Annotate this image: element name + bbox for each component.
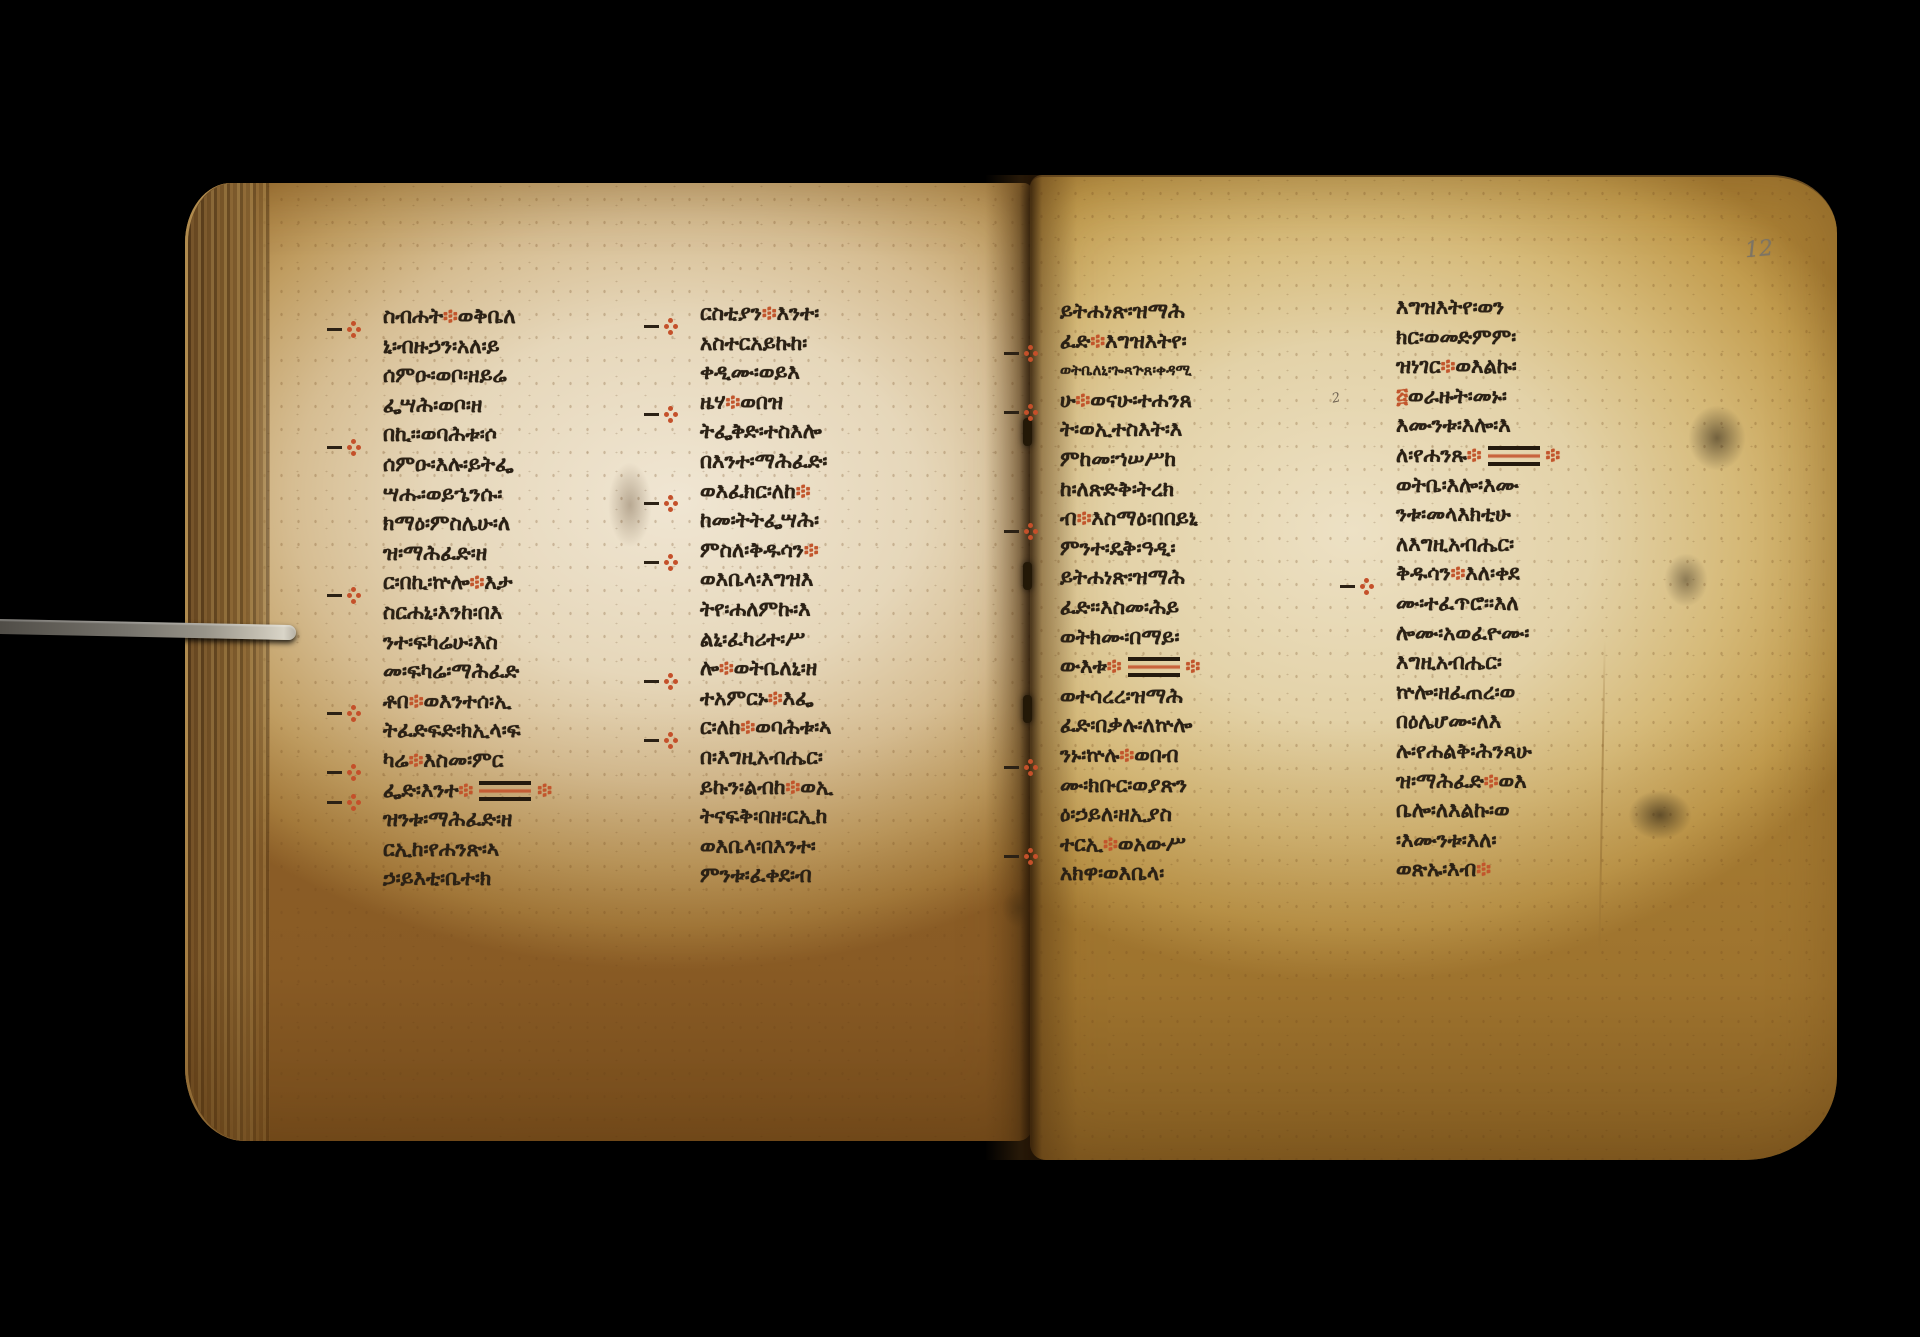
ink-text: ወአውሥ — [1118, 832, 1186, 856]
ink-text: ከመ፡ትትፌሣሕ፡ — [700, 508, 819, 532]
verse-margin-mark — [1004, 398, 1052, 408]
ink-text: ምስለ፡ቅዱሳን — [700, 538, 804, 562]
verse-margin-mark — [1340, 571, 1388, 581]
rubric-text: ፨ — [796, 479, 811, 503]
verse-margin-mark — [327, 314, 375, 324]
text-line: ሰምዑ፡እሉ፡ይትፌ — [383, 450, 685, 480]
text-line: ተአምርኑ፨እፌ — [700, 684, 1002, 714]
text-line: ሉ፡የሐልቅ፡ሕንጻሁ — [1396, 737, 1688, 767]
ink-text: ወተሳረረ፡ዝማሕ — [1060, 684, 1183, 708]
text-line: ወተሳረረ፡ዝማሕ — [1060, 682, 1362, 712]
text-line: ይትሐነጽ፡ዝማሕ — [1060, 297, 1362, 327]
ink-text: ሙ፡ክቡር፡ወያጽን — [1060, 773, 1187, 797]
ink-text: መ፡ፍካሬ፡ማሕፈድ — [383, 659, 519, 683]
verse-margin-mark — [644, 666, 692, 676]
text-line: ዝ፡ማሕፈድ፨ወእ — [1396, 767, 1688, 797]
text-line: ምንተ፡ዴቅ፡ዓዲ፡ — [1060, 534, 1362, 564]
text-line: ሎ፨ወትቤለኒ፡ዘ — [700, 654, 1002, 684]
ink-text: ወትቤለኒ፡ጐጻጕጸ፡ቀዳሚ — [1060, 361, 1191, 379]
ink-text: እለ፡ቀደ — [1465, 561, 1519, 585]
ink-text: እግዚአብሔር፡ — [1396, 650, 1502, 674]
text-line: ውእቱ፨፨ — [1060, 652, 1362, 682]
ink-text: በዕሌሆሙ፡ለእ — [1396, 709, 1501, 733]
ink-text: ምከመ፡ኀሠሥከ — [1060, 447, 1176, 471]
ink-text: ትፈድፍድ፡ክኢላ፡ፍ — [383, 718, 521, 742]
text-line: ክማዕ፡ምስሌሁ፡ለ — [383, 509, 685, 539]
text-line: ከ፡ለጽድቅ፡ትረክ — [1060, 475, 1362, 505]
text-line: ፈድ፨እግዝእትየ፡ — [1060, 327, 1362, 357]
rubric-text: ፨ — [1090, 329, 1105, 353]
ink-text: ዝ፡ማሕፈድ — [1396, 769, 1484, 793]
text-line: እግዚአብሔር፡ — [1396, 648, 1688, 678]
rubric-text: ፨ — [459, 778, 474, 802]
ink-text: ወእፈክር፡ለከ — [700, 479, 796, 503]
ink-text: ፈድ፡፡እስመ፡ሕይ — [1060, 595, 1179, 619]
text-line: ለ፡የሐንጹ፨፨ — [1396, 441, 1688, 471]
rubric-text: ፨ — [1103, 832, 1118, 856]
rubric-text: ፨ — [1077, 506, 1092, 530]
text-line: ወትቤለኒ፡ጐጻጕጸ፡ቀዳሚ — [1060, 356, 1362, 386]
rubric-text: ፨ — [1476, 857, 1491, 881]
ink-text: ወቅቤለ — [458, 304, 516, 328]
text-line: በዕሌሆሙ፡ለእ — [1396, 707, 1688, 737]
ink-text: ልኒ፡ፈካሪተ፡ሥ — [700, 627, 805, 651]
verse-margin-mark — [644, 725, 692, 735]
verse-margin-mark — [1004, 753, 1052, 763]
verse-margin-mark — [1004, 339, 1052, 349]
ink-text: ወእ — [1499, 769, 1527, 793]
text-line: ቅዱሳን፨እለ፡ቀደ — [1396, 559, 1688, 589]
ink-text: ወበዝ — [740, 390, 783, 414]
text-line: ልኒ፡ፈካሪተ፡ሥ — [700, 625, 1002, 655]
rubric-text: ፨ — [1107, 654, 1122, 678]
ink-text: ለእግዚአብሔር፡ — [1396, 532, 1514, 556]
text-line: ፡እሙንቱ፡እለ፡ — [1396, 826, 1688, 856]
ink-text: ወትቤ፡እሎ፡እሙ — [1396, 473, 1519, 497]
ink-text: ካሬ — [383, 748, 409, 772]
ink-text: ወባሕቱ፡ኣ — [755, 715, 831, 739]
verse-margin-mark — [644, 489, 692, 499]
text-line: ዝንቱ፡ማሕፈድ፡ዘ — [383, 805, 685, 835]
rubric-text: ፨ — [1484, 769, 1499, 793]
text-line: ምስለ፡ቅዱሳን፨ — [700, 536, 1002, 566]
rubric-text: ፭ — [1396, 384, 1408, 408]
verse-margin-mark — [644, 548, 692, 558]
text-line: ሙ፡ተፈጥሮ፡፡እለ — [1396, 589, 1688, 619]
ink-text: እግዝእትየ፡ — [1105, 329, 1187, 353]
ink-text: እሙንቱ፡እሎ፡እ — [1396, 413, 1511, 437]
ink-text: ሰምዑ፡እሉ፡ይትፌ — [383, 452, 513, 476]
verse-margin-mark — [327, 580, 375, 590]
ink-text: ኃ፡ይእቲ፡ቤተ፡ክ — [383, 866, 491, 890]
ink-text: ፈድ፡በቃሉ፡ለኵሎ — [1060, 713, 1192, 737]
text-line: ምንቱ፡ፈቀደ፡ብ — [700, 861, 1002, 891]
ink-text: ወበብ — [1134, 743, 1178, 767]
ink-text: በኪ፡፡ወባሕቱ፡ሶ — [383, 422, 497, 446]
ink-text: ስርሐኒ፡እንከ፡በእ — [383, 600, 502, 624]
text-line: ወትክሙ፡በማይ፡ — [1060, 623, 1362, 653]
ink-text: ፌሣሕ፡ወቦ፡ዘ — [383, 393, 482, 417]
ink-text: ሣሑ፡ወይኄንሱ፡ — [383, 482, 502, 506]
text-line: ወትቤ፡እሎ፡እሙ — [1396, 471, 1688, 501]
photograph: ስብሐት፨ወቅቤለኒ፡ብዙኃን፡አለ፡ይሰምዑ፡ወቦ፡ዘይሬፌሣሕ፡ወቦ፡ዘበኪ… — [0, 0, 1920, 1337]
ink-text: ሎ — [700, 656, 719, 680]
ink-text: ዝ፡ማሕፈድ፡ዘ — [383, 541, 487, 565]
text-line: በ፡እግዚአብሔር፡ — [700, 743, 1002, 773]
text-column-left-2: ርስቲያን፨እንተ፡አስተርአይኩከ፡ቀዲሙ፡ወይእዜሃ፨ወበዝትፌቅድ፡ተስእ… — [700, 299, 1002, 891]
text-line: ር፡በኪ፡ኵሎ፨እታ — [383, 568, 685, 598]
text-line: ወእቤላ፡በእንተ፡ — [700, 832, 1002, 862]
text-line: ዝ፡ማሕፈድ፡ዘ — [383, 539, 685, 569]
text-line: ብ፨እስማዕ፡በበይኒ — [1060, 504, 1362, 534]
ink-text: ይኩን፡ልብከ — [700, 775, 786, 799]
ink-text: እስማዕ፡በበይኒ — [1091, 506, 1197, 530]
text-line: ር፡ለከ፨ወባሕቱ፡ኣ — [700, 713, 1002, 743]
ink-text: እታ — [484, 570, 512, 594]
ink-text: ንቱ፡መላእክቲሁ — [1396, 502, 1511, 526]
ink-text: ወኢ — [800, 775, 833, 799]
text-line: ሣሑ፡ወይኄንሱ፡ — [383, 480, 685, 510]
ink-text: አስተርአይኩከ፡ — [700, 331, 807, 355]
text-line: ስብሐት፨ወቅቤለ — [383, 302, 685, 332]
ink-text: ከ፡ለጽድቅ፡ትረክ — [1060, 477, 1174, 501]
rubric-text: ፨ — [1186, 654, 1201, 678]
text-line: ርኢከ፡የሐንጽ፡ኣ — [383, 835, 685, 865]
text-line: በእንተ፡ማሕፈድ፡ — [700, 447, 1002, 477]
ink-text: ተአምርኑ — [700, 686, 768, 710]
ink-text: ወእቤላ፡እግዝእ — [700, 567, 813, 591]
text-line: ንተ፡ፍካሬሁ፡እስ — [383, 628, 685, 658]
ink-text: ቶበ — [383, 689, 409, 713]
ink-text: ሁ — [1060, 388, 1076, 412]
ink-text: ይትሐነጽ፡ዝማሕ — [1060, 565, 1185, 589]
text-line: ካሬ፨እስመ፡ምር — [383, 746, 685, 776]
text-line: ኒ፡ብዙኃን፡አለ፡ይ — [383, 332, 685, 362]
text-column-left-1: ስብሐት፨ወቅቤለኒ፡ብዙኃን፡አለ፡ይሰምዑ፡ወቦ፡ዘይሬፌሣሕ፡ወቦ፡ዘበኪ… — [383, 302, 685, 894]
verse-margin-mark — [1004, 842, 1052, 852]
rubric-text: ፨ — [1546, 443, 1561, 467]
rubric-text: ፨ — [719, 656, 734, 680]
rubric-text: ፨ — [1076, 388, 1091, 412]
text-line: እሙንቱ፡እሎ፡እ — [1396, 411, 1688, 441]
section-divider-bars — [1488, 446, 1540, 466]
verse-margin-mark — [644, 311, 692, 321]
ink-text: ወእቤላ፡በእንተ፡ — [700, 834, 816, 858]
rubric-text: ፨ — [443, 304, 458, 328]
verse-margin-mark — [327, 758, 375, 768]
text-line: ንኑ፡ኵሉ፨ወበብ — [1060, 741, 1362, 771]
ink-text: ንተ፡ፍካሬሁ፡እስ — [383, 630, 498, 654]
text-line: ኃ፡ይእቲ፡ቤተ፡ክ — [383, 864, 685, 894]
text-line: ክር፡ወመድምም፡ — [1396, 323, 1688, 353]
text-line: አስተርአይኩከ፡ — [700, 329, 1002, 359]
text-line: ወእቤላ፡እግዝእ — [700, 565, 1002, 595]
ink-text: ዕ፡ኃይለ፡ዘኢያስ — [1060, 802, 1172, 826]
verse-margin-mark — [327, 432, 375, 442]
text-line: ፈድ፡በቃሉ፡ለኵሎ — [1060, 711, 1362, 741]
ink-text: ፈድ — [1060, 329, 1090, 353]
ink-text: ቤሎ፡ለእልኩ፡ወ — [1396, 798, 1510, 822]
rubric-text: ፨ — [470, 570, 485, 594]
ink-text: ምንተ፡ዴቅ፡ዓዲ፡ — [1060, 536, 1175, 560]
ink-text: ንኑ፡ኵሉ — [1060, 743, 1119, 767]
binding-stitch — [1023, 418, 1032, 446]
section-divider-bars — [1128, 657, 1180, 677]
ink-text: ብ — [1060, 506, 1077, 530]
text-line: ቀዲሙ፡ወይእ — [700, 358, 1002, 388]
ink-text: ዜሃ — [700, 390, 726, 414]
ink-text: ወትክሙ፡በማይ፡ — [1060, 625, 1179, 649]
text-line: ትፌቅድ፡ተስእሎ — [700, 417, 1002, 447]
text-line: በኪ፡፡ወባሕቱ፡ሶ — [383, 420, 685, 450]
text-line: መ፡ፍካሬ፡ማሕፈድ — [383, 657, 685, 687]
rubric-text: ፨ — [1451, 561, 1466, 585]
ink-text: ርስቲያን — [700, 301, 762, 325]
folio-number: 12 — [1744, 236, 1774, 263]
ink-text: ር፡ለከ — [700, 715, 740, 739]
ink-text: ትየ፡ሐለምኩ፡እ — [700, 597, 811, 621]
ink-text: ወእንተሰ፡ኢ — [424, 689, 512, 713]
ink-text: እስመ፡ምር — [423, 748, 503, 772]
ink-text: ውእቱ — [1060, 654, 1107, 678]
ink-text: ዝንቱ፡ማሕፈድ፡ዘ — [383, 807, 512, 831]
ink-text: ወራዙት፡መኑ፡ — [1408, 384, 1507, 408]
section-divider-bars — [479, 781, 531, 801]
ink-text: ዝነገር — [1396, 354, 1441, 378]
verse-margin-mark — [327, 699, 375, 709]
verse-margin-mark — [1004, 516, 1052, 526]
ink-text: ኒ፡ብዙኃን፡አለ፡ይ — [383, 334, 500, 358]
ink-text: ቅዱሳን — [1396, 561, 1451, 585]
text-column-right-2: እግዝእትየ፡ወንክር፡ወመድምም፡ዝነገር፨ወእልኩ፡፭ወራዙት፡መኑ፡እሙን… — [1396, 293, 1688, 885]
rubric-text: ፨ — [1441, 354, 1456, 378]
text-line: ሎሙ፡አወፈዮሙ፡ — [1396, 619, 1688, 649]
ink-text: በእንተ፡ማሕፈድ፡ — [700, 449, 827, 473]
ink-text: እፌ — [783, 686, 814, 710]
rubric-text: ፨ — [409, 689, 424, 713]
ink-text: እግዝእትየ፡ወን — [1396, 295, 1504, 319]
text-line: ከመ፡ትትፌሣሕ፡ — [700, 506, 1002, 536]
text-line: ዕ፡ኃይለ፡ዘኢያስ — [1060, 800, 1362, 830]
rubric-text: ፨ — [740, 715, 755, 739]
ink-text: ይትሐነጽ፡ዝማሕ — [1060, 299, 1185, 323]
rubric-text: ፨ — [804, 538, 819, 562]
binding-stitch — [1023, 562, 1032, 590]
binding-stitch — [1023, 695, 1032, 723]
ink-text: ወናሁ፡ተሐንጸ — [1090, 388, 1192, 412]
text-line: ት፡ወኢተስእት፡እ — [1060, 415, 1362, 445]
ink-text: ክማዕ፡ምስሌሁ፡ለ — [383, 511, 510, 535]
ink-text: ተርኢ — [1060, 832, 1103, 856]
text-line: ቶበ፨ወእንተሰ፡ኢ — [383, 687, 685, 717]
rubric-text: ፨ — [768, 686, 783, 710]
ink-text: ርኢከ፡የሐንጽ፡ኣ — [383, 837, 499, 861]
text-line: አክዋ፡ወእቤላ፡ — [1060, 859, 1362, 889]
text-line: ተርኢ፨ወአውሥ — [1060, 830, 1362, 860]
rubric-text: ፨ — [409, 748, 424, 772]
text-line: ይኩን፡ልብከ፨ወኢ — [700, 773, 1002, 803]
text-line: ዝነገር፨ወእልኩ፡ — [1396, 352, 1688, 382]
text-line: ስርሐኒ፡እንከ፡በእ — [383, 598, 685, 628]
text-line: ሙ፡ክቡር፡ወያጽን — [1060, 771, 1362, 801]
ink-text: ሉ፡የሐልቅ፡ሕንጻሁ — [1396, 739, 1532, 763]
ink-text: አክዋ፡ወእቤላ፡ — [1060, 861, 1164, 885]
rubric-text: ፨ — [762, 301, 777, 325]
text-line: ሰምዑ፡ወቦ፡ዘይሬ — [383, 361, 685, 391]
ink-text: ር፡በኪ፡ኵሎ — [383, 570, 470, 594]
rubric-text: ፨ — [786, 775, 801, 799]
ink-text: ት፡ወኢተስእት፡እ — [1060, 417, 1182, 441]
text-line: ፌድ፡እንተ፨፨ — [383, 776, 685, 806]
ink-text: ትናፍቅ፡በዘ፡ርኢከ — [700, 804, 827, 828]
text-line: ወእፈክር፡ለከ፨ — [700, 477, 1002, 507]
rubric-text: ፨ — [726, 390, 741, 414]
ink-text: ክር፡ወመድምም፡ — [1396, 325, 1516, 349]
text-line: ቤሎ፡ለእልኩ፡ወ — [1396, 796, 1688, 826]
ink-text: ሰምዑ፡ወቦ፡ዘይሬ — [383, 363, 507, 387]
verse-margin-mark — [327, 788, 375, 798]
ink-text: ፡እሙንቱ፡እለ፡ — [1396, 828, 1496, 852]
text-line: ትናፍቅ፡በዘ፡ርኢከ — [700, 802, 1002, 832]
ink-text: ኵሎ፡ዘፈጠረ፡ወ — [1396, 680, 1515, 704]
text-line: ዜሃ፨ወበዝ — [700, 388, 1002, 418]
text-line: ለእግዚአብሔር፡ — [1396, 530, 1688, 560]
ink-text: ሙ፡ተፈጥሮ፡፡እለ — [1396, 591, 1519, 615]
text-line: ኵሎ፡ዘፈጠረ፡ወ — [1396, 678, 1688, 708]
ink-text: ወጽኡ፡እብ — [1396, 857, 1476, 881]
text-line: ምከመ፡ኀሠሥከ — [1060, 445, 1362, 475]
text-line: ትየ፡ሐለምኩ፡እ — [700, 595, 1002, 625]
text-line: ርስቲያን፨እንተ፡ — [700, 299, 1002, 329]
ink-text: ስብሐት — [383, 304, 443, 328]
ink-text: እንተ፡ — [777, 301, 820, 325]
ink-text: ፌድ፡እንተ — [383, 778, 459, 802]
rubric-text: ፨ — [537, 778, 552, 802]
rubric-text: ፨ — [1119, 743, 1134, 767]
text-line: እግዝእትየ፡ወን — [1396, 293, 1688, 323]
page-edge-stack — [185, 183, 270, 1141]
verse-margin-mark — [644, 400, 692, 410]
text-column-right-1: ይትሐነጽ፡ዝማሕፈድ፨እግዝእትየ፡ወትቤለኒ፡ጐጻጕጸ፡ቀዳሚሁ፨ወናሁ፡ተ… — [1060, 297, 1362, 889]
text-line: ትፈድፍድ፡ክኢላ፡ፍ — [383, 716, 685, 746]
ink-text: ለ፡የሐንጹ — [1396, 443, 1467, 467]
ink-text: ቀዲሙ፡ወይእ — [700, 360, 800, 384]
text-line: ፌሣሕ፡ወቦ፡ዘ — [383, 391, 685, 421]
text-line: ፈድ፡፡እስመ፡ሕይ — [1060, 593, 1362, 623]
text-line: ይትሐነጽ፡ዝማሕ — [1060, 563, 1362, 593]
text-line: ሁ፨ወናሁ፡ተሐንጸ — [1060, 386, 1362, 416]
ink-text: በ፡እግዚአብሔር፡ — [700, 745, 823, 769]
ink-text: ትፌቅድ፡ተስእሎ — [700, 419, 822, 443]
rubric-text: ፨ — [1467, 443, 1482, 467]
ink-text: ወትቤለኒ፡ዘ — [734, 656, 817, 680]
text-line: ንቱ፡መላእክቲሁ — [1396, 500, 1688, 530]
ink-text: ሎሙ፡አወፈዮሙ፡ — [1396, 621, 1529, 645]
ink-text: ወእልኩ፡ — [1455, 354, 1516, 378]
ink-text: ምንቱ፡ፈቀደ፡ብ — [700, 863, 812, 887]
text-line: ወጽኡ፡እብ፨ — [1396, 855, 1688, 885]
text-line: ፭ወራዙት፡መኑ፡ — [1396, 382, 1688, 412]
